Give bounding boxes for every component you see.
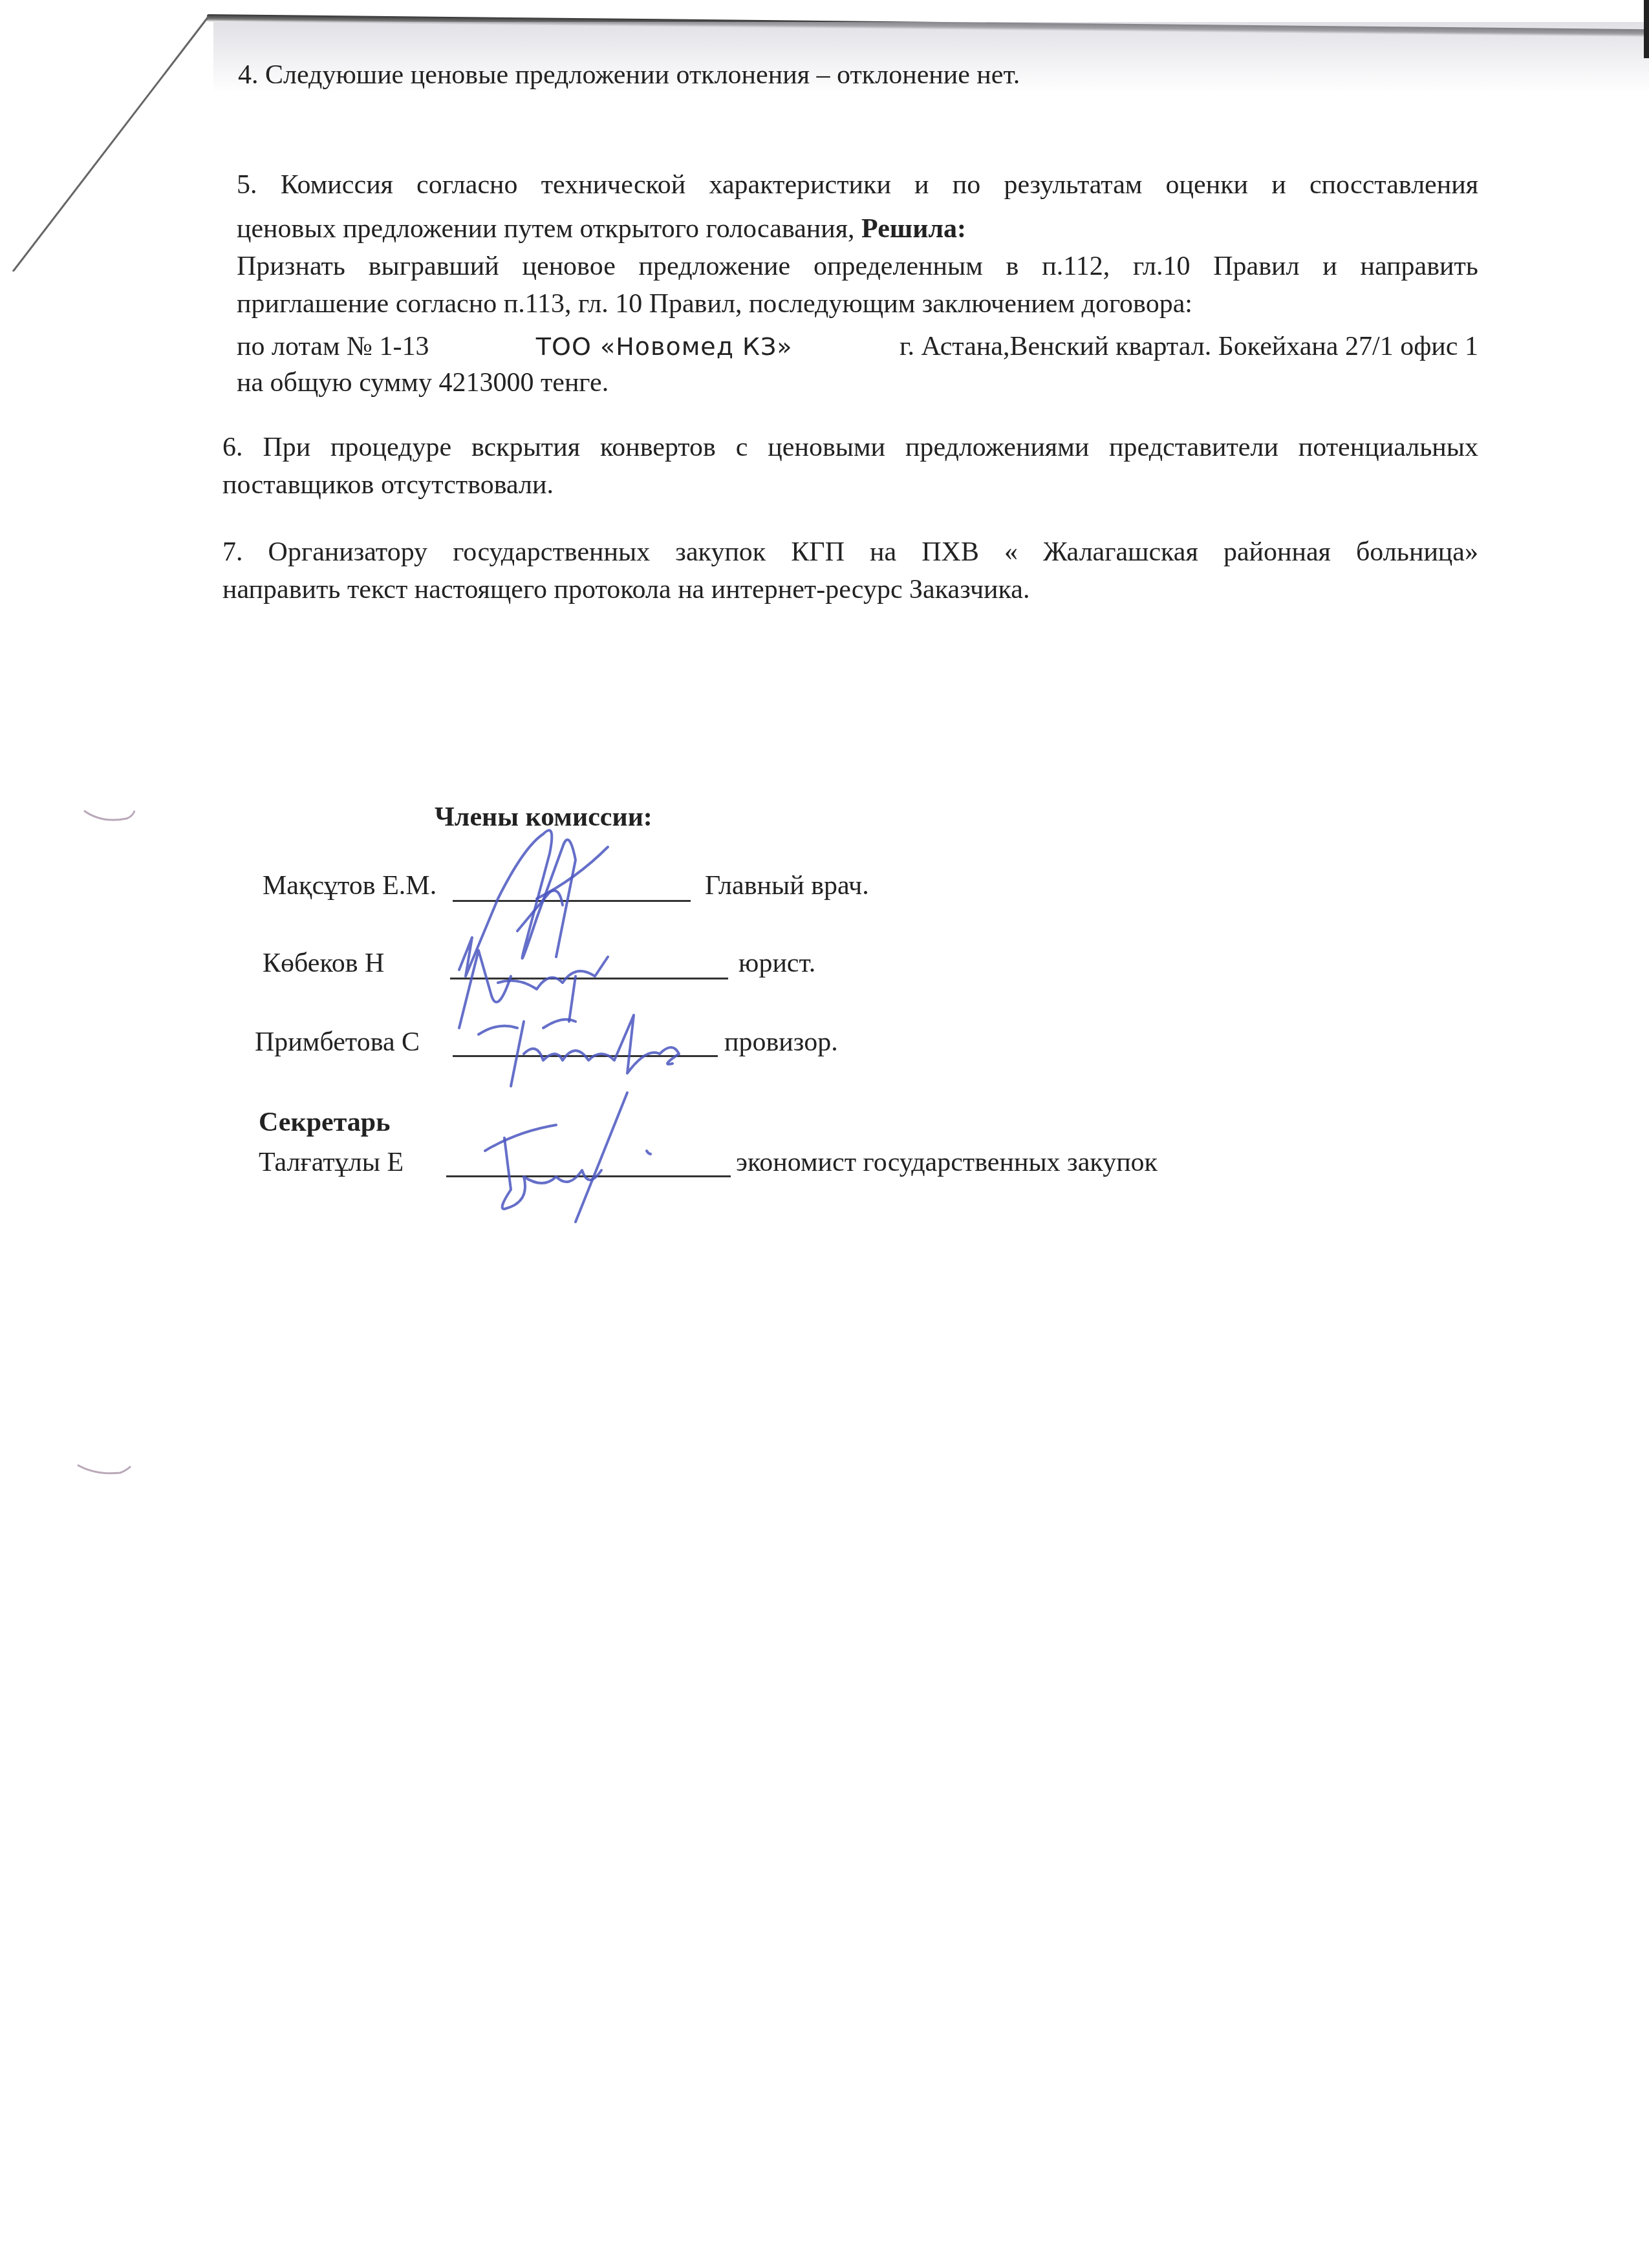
paragraph-6-line-1: 6. При процедуре вскрытия конвертов с це… [222, 429, 1478, 465]
paragraph-5-text: ценовых предложении путем открытого голо… [237, 214, 861, 244]
paragraph-5-line-2: ценовых предложении путем открытого голо… [237, 211, 966, 247]
paragraph-6-line-2: поставщиков отсутствовали. [222, 467, 554, 503]
paragraph-4: 4. Следуюшие ценовые предложении отклоне… [238, 57, 1020, 93]
punch-hole-mark [76, 1462, 135, 1482]
member-role: юрист. [738, 945, 815, 981]
member-name: Примбетова С [255, 1024, 420, 1060]
scan-edge-right [1644, 0, 1649, 58]
paragraph-5-line-5: по лотам № 1-13 ТОО «Новомед КЗ» г. Аста… [237, 328, 1478, 365]
paragraph-7-line-1: 7. Организатору государственных закупок … [222, 534, 1478, 570]
paragraph-5-line-1: 5. Комиссия согласно технической характе… [237, 167, 1478, 203]
paragraph-5-line-3: Признать выгравший ценовое предложение о… [237, 248, 1478, 284]
secretary-role: экономист государственных закупок [736, 1144, 1158, 1181]
member-role: Главный врач. [705, 868, 869, 904]
supplier-address: г. Астана,Венский квартал. Бокейхана 27/… [900, 328, 1478, 365]
signature-primbetova [466, 1002, 724, 1093]
paragraph-7-line-2: направить текст настоящего протокола на … [222, 572, 1029, 608]
secretary-name: Талғатұлы Е [259, 1144, 404, 1181]
member-name: Көбеков Н [263, 945, 384, 981]
member-name: Мақсұтов Е.М. [263, 868, 436, 904]
lot-numbers: по лотам № 1-13 [237, 328, 429, 365]
punch-hole-mark [83, 808, 141, 828]
decision-label: Решила: [861, 214, 966, 244]
signature-talgatuly [479, 1080, 666, 1228]
member-role: провизор. [724, 1024, 838, 1060]
paragraph-5-line-4: приглашение согласно п.113, гл. 10 Прави… [237, 286, 1192, 322]
paragraph-5-total-amount: на общую сумму 4213000 тенге. [237, 365, 609, 401]
supplier-name: ТОО «Новомед КЗ» [536, 328, 793, 365]
secretary-heading: Секретарь [259, 1104, 390, 1140]
